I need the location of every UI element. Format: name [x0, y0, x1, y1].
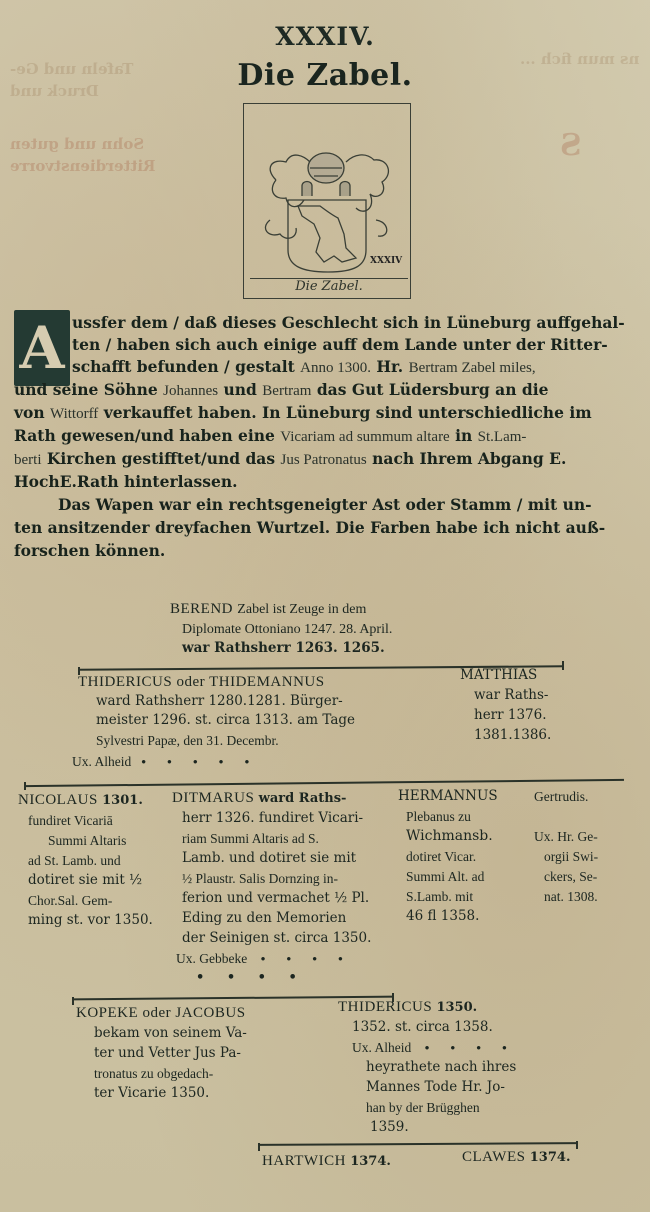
generation-bracket: [24, 779, 624, 787]
person-nicolaus: NICOLAUS 1301.: [18, 791, 143, 810]
person-berend: BEREND Zabel ist Zeuge in dem: [170, 600, 366, 619]
person-detail: herr 1326. fundiret Vicari-: [182, 809, 363, 828]
person-detail: Summi Alt. ad: [406, 867, 484, 886]
person-detail: Sylvestri Papæ, den 31. Decembr.: [96, 731, 279, 750]
person-detail: ckers, Se-: [544, 867, 597, 886]
paragraph-line: ten ansitzender dreyfachen Wurtzel. Die …: [14, 517, 605, 538]
chapter-number: XXXIV.: [0, 22, 650, 51]
bracket-end: [576, 1141, 578, 1149]
person-detail: S.Lamb. mit: [406, 887, 473, 906]
person-detail: herr 1376.: [474, 706, 547, 725]
person-detail: Mannes Tode Hr. Jo-: [366, 1078, 505, 1097]
person-detail: Plebanus zu: [406, 807, 471, 826]
person-detail: ter Vicarie 1350.: [94, 1084, 209, 1103]
person-detail: meister 1296. st. circa 1313. am Tage: [96, 711, 355, 730]
person-detail: Lamb. und dotiret sie mit: [182, 849, 356, 868]
paragraph-line: ussfer dem / daß dieses Geschlecht sich …: [72, 312, 625, 333]
person-detail: ming st. vor 1350.: [28, 911, 153, 930]
person-detail: der Seinigen st. circa 1350.: [182, 929, 371, 948]
person-detail: war Raths-: [474, 686, 548, 705]
person-berend-detail: Diplomate Ottoniano 1247. 28. April.: [182, 620, 392, 639]
paragraph-line: und seine Söhne Johannes und Bertram das…: [14, 379, 548, 402]
person-detail: Chor.Sal. Gem-: [28, 891, 112, 910]
person-detail: dotiret Vicar.: [406, 847, 476, 866]
person-detail: Summi Altaris: [48, 831, 126, 850]
person-detail: dotiret sie mit ½: [28, 871, 142, 890]
paragraph-line: von Wittorff verkauffet haben. In Lünebu…: [14, 402, 592, 425]
person-hermannus: HERMANNUS: [398, 787, 498, 806]
person-detail: ad St. Lamb. und: [28, 851, 121, 870]
person-matthias: MATTHIAS: [460, 666, 537, 685]
person-detail: 1352. st. circa 1358.: [352, 1018, 493, 1037]
bracket-end: [562, 661, 564, 670]
bleed-through-text: Ritterdienstvorre: [10, 157, 156, 175]
spouse-line: Ux. Alheid • • • • •: [72, 752, 258, 771]
bleed-through-text: Sohn und guten: [10, 135, 144, 153]
paragraph-line: schafft befunden / gestalt Anno 1300. Hr…: [72, 356, 536, 379]
paragraph-line: HochE.Rath hinterlassen.: [14, 471, 238, 492]
bracket-end: [24, 782, 26, 790]
person-ditmarus: DITMARUS ward Raths-: [172, 789, 346, 808]
person-hartwich: HARTWICH 1374.: [262, 1152, 391, 1171]
person-berend-detail: war Rathsherr 1263. 1265.: [182, 639, 385, 658]
bracket-end: [72, 997, 74, 1005]
page-title: Die Zabel.: [0, 58, 650, 93]
person-detail: ½ Plaustr. Salis Dornzing in-: [182, 869, 338, 888]
person-clawes: CLAWES 1374.: [462, 1148, 570, 1167]
crest-number: XXXIV: [370, 256, 402, 266]
person-detail: ter und Vetter Jus Pa-: [94, 1044, 241, 1063]
person-kopeke: KOPEKE oder JACOBUS: [76, 1004, 246, 1023]
person-detail: ferion und vermachet ½ Pl.: [182, 889, 369, 908]
bleed-through-initial: S: [560, 128, 582, 163]
person-thidericus-2: THIDERICUS 1350.: [338, 998, 477, 1017]
generation-bracket: [258, 1142, 578, 1146]
person-detail: orgii Swi-: [544, 847, 598, 866]
person-detail: heyrathete nach ihres: [366, 1058, 516, 1077]
spouse-line: Ux. Gebbeke • • • •: [176, 949, 352, 968]
person-detail: nat. 1308.: [544, 887, 598, 906]
person-gertrudis: Gertrudis.: [534, 787, 588, 806]
paragraph-line: berti Kirchen gestifftet/und das Jus Pat…: [14, 448, 566, 471]
person-detail: Ux. Hr. Ge-: [534, 827, 598, 846]
descent-dots: • • • •: [196, 968, 306, 987]
person-detail: 1359.: [370, 1118, 409, 1137]
person-detail: Eding zu den Memorien: [182, 909, 346, 928]
person-detail: 1381.1386.: [474, 726, 551, 745]
paragraph-line: Rath gewesen/und haben eine Vicariam ad …: [14, 425, 526, 448]
person-detail: ward Rathsherr 1280.1281. Bürger-: [96, 692, 343, 711]
person-detail: riam Summi Altaris ad S.: [182, 829, 319, 848]
person-detail: tronatus zu obgedach-: [94, 1064, 213, 1083]
person-detail: 46 fl 1358.: [406, 907, 479, 926]
crest-label: Die Zabel.: [250, 279, 408, 294]
person-detail: fundiret Vicariā: [28, 811, 113, 830]
paragraph-line: ten / haben sich auch einige auff dem La…: [72, 334, 608, 355]
drop-cap: A: [14, 310, 70, 386]
paragraph-line: Das Wapen war ein rechtsgeneigter Ast od…: [58, 494, 592, 515]
spouse-line: Ux. Alheid • • • •: [352, 1038, 516, 1057]
person-detail: bekam von seinem Va-: [94, 1024, 247, 1043]
person-detail: Wichmansb.: [406, 827, 493, 846]
paragraph-line: forschen können.: [14, 540, 165, 561]
person-thidericus-1: THIDERICUS oder THIDEMANNUS: [78, 673, 325, 692]
person-detail: han by der Brügghen: [366, 1098, 480, 1117]
bracket-end: [258, 1143, 260, 1151]
